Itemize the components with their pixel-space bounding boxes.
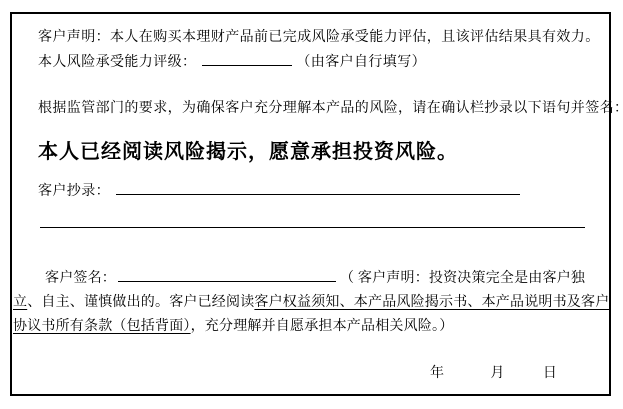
signature-declaration-line2-underline2: 客户权益须知、本产品风险揭示书、本产品说明书及客户 (254, 295, 609, 310)
declaration-line1: 客户声明：本人在购买本理财产品前已完成风险承受能力评估，且该评估结果具有效力。 (38, 26, 600, 50)
signature-declaration-line2-middle: 、自主、谨慎做出的。客户已经阅读 (27, 295, 254, 310)
signature-declaration-line3-rest: ，充分理解并自愿承担本产品相关风险。） (191, 319, 454, 334)
signature-label: 客户签名： (45, 271, 116, 286)
signature-declaration-line3-underline: 协议书所有条款（包括背面） (13, 319, 191, 334)
signature-paragraph: 客户签名：（ 客户声明：投资决策完全是由客户独 立、自主、谨慎做出的。客户已经阅… (13, 266, 609, 339)
signature-declaration-line3: 协议书所有条款（包括背面），充分理解并自愿承担本产品相关风险。） (13, 315, 609, 339)
regulator-instruction-text: 根据监管部门的要求，为确保客户充分理解本产品的风险，请在确认栏抄录以下语句并签名… (38, 97, 623, 121)
signature-blank[interactable] (118, 266, 336, 282)
customer-copy-continuation-line[interactable] (40, 227, 585, 228)
date-row: 年月日 (430, 362, 557, 386)
date-day-label: 日 (543, 362, 557, 386)
date-month-label: 月 (490, 362, 504, 386)
customer-copy-label: 客户抄录： (38, 184, 110, 199)
signature-row: 客户签名：（ 客户声明：投资决策完全是由客户独 (13, 266, 609, 291)
signature-declaration-line2: 立、自主、谨慎做出的。客户已经阅读客户权益须知、本产品风险揭示书、本产品说明书及… (13, 291, 609, 315)
risk-statement-heading: 本人已经阅读风险揭示，愿意承担投资风险。 (38, 140, 458, 164)
signature-declaration-line1: （ 客户声明：投资决策完全是由客户独 (340, 271, 585, 286)
date-year-label: 年 (430, 362, 444, 386)
customer-copy-row: 客户抄录： (38, 179, 520, 204)
document-page: 客户声明：本人在购买本理财产品前已完成风险承受能力评估，且该评估结果具有效力。 … (0, 0, 623, 409)
signature-declaration-line2-underline1: 立 (13, 295, 27, 310)
customer-declaration-paragraph: 客户声明：本人在购买本理财产品前已完成风险承受能力评估，且该评估结果具有效力。 … (38, 26, 600, 75)
risk-rating-label: 本人风险承受能力评级： (38, 55, 196, 70)
declaration-line2: 本人风险承受能力评级：（由客户自行填写） (38, 50, 600, 75)
risk-rating-note: （由客户自行填写） (296, 55, 426, 70)
risk-rating-blank[interactable] (202, 50, 292, 66)
customer-copy-blank[interactable] (116, 179, 520, 195)
